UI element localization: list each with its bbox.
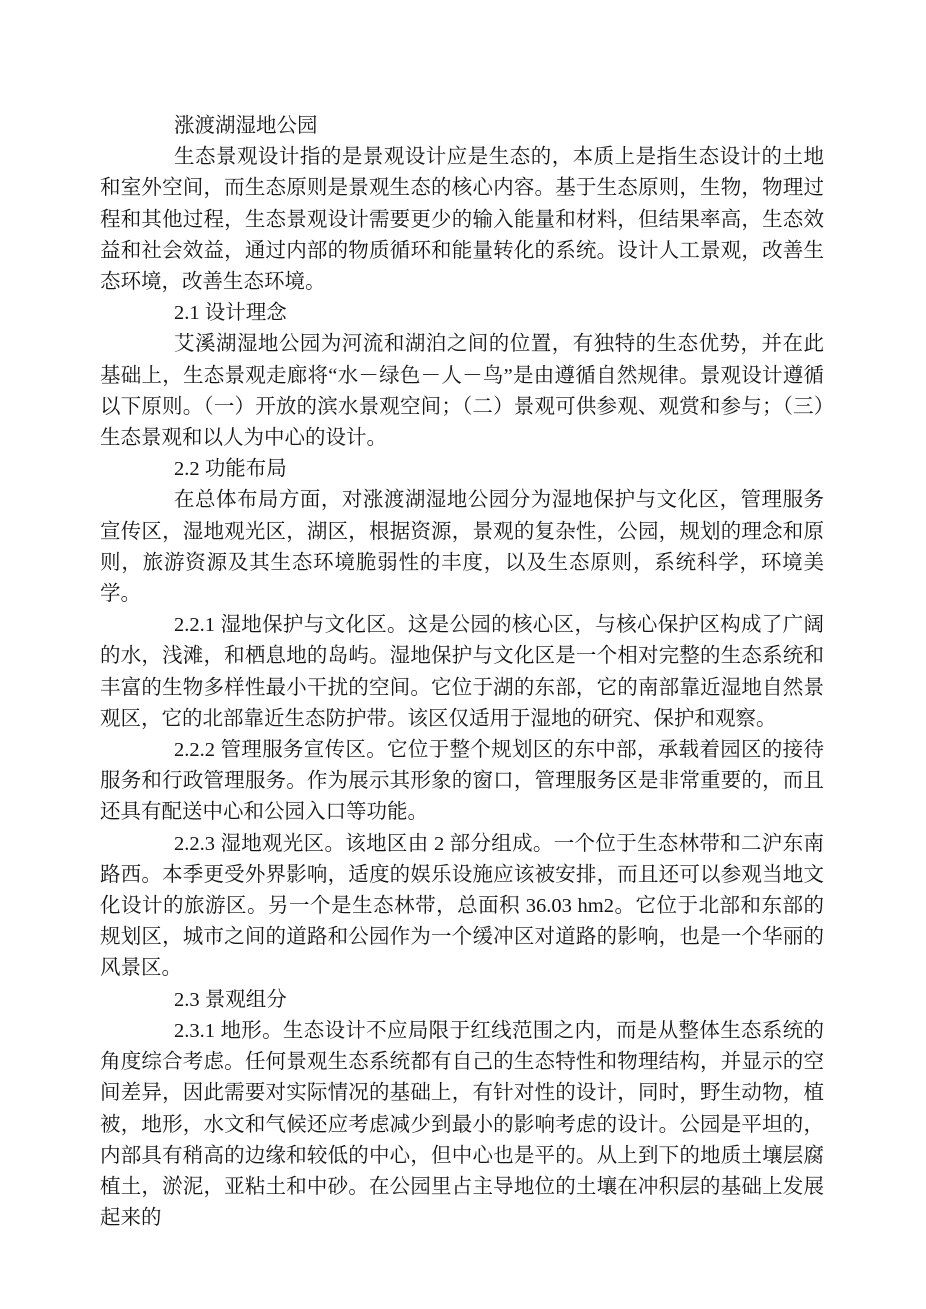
doc-title: 涨渡湖湿地公园: [100, 111, 824, 142]
paragraph-2-2-3-wetland-sightseeing-zone: 2.2.3 湿地观光区。该地区由 2 部分组成。一个位于生态林带和二沪东南路西。…: [100, 829, 824, 985]
paragraph-2-1: 艾溪湖湿地公园为河流和湖泊之间的位置，有独特的生态优势，并在此基础上，生态景观走…: [100, 329, 824, 454]
document-text-block: 涨渡湖湿地公园 生态景观设计指的是景观设计应是生态的，本质上是指生态设计的土地和…: [100, 111, 824, 1234]
heading-2-3-landscape-components: 2.3 景观组分: [100, 985, 824, 1016]
paragraph-2-2: 在总体布局方面，对涨渡湖湿地公园分为湿地保护与文化区，管理服务宣传区，湿地观光区…: [100, 485, 824, 610]
paragraph-2-3-1-terrain: 2.3.1 地形。生态设计不应局限于红线范围之内，而是从整体生态系统的角度综合考…: [100, 1016, 824, 1234]
paragraph-2-2-2-management-service-zone: 2.2.2 管理服务宣传区。它位于整个规划区的东中部，承载着园区的接待服务和行政…: [100, 735, 824, 829]
document-page: 涨渡湖湿地公园 生态景观设计指的是景观设计应是生态的，本质上是指生态设计的土地和…: [0, 0, 926, 1309]
paragraph-intro: 生态景观设计指的是景观设计应是生态的，本质上是指生态设计的土地和室外空间，而生态…: [100, 142, 824, 298]
heading-2-1-design-concept: 2.1 设计理念: [100, 298, 824, 329]
paragraph-2-2-1-wetland-protection-zone: 2.2.1 湿地保护与文化区。这是公园的核心区，与核心保护区构成了广阔的水，浅滩…: [100, 610, 824, 735]
heading-2-2-functional-layout: 2.2 功能布局: [100, 454, 824, 485]
